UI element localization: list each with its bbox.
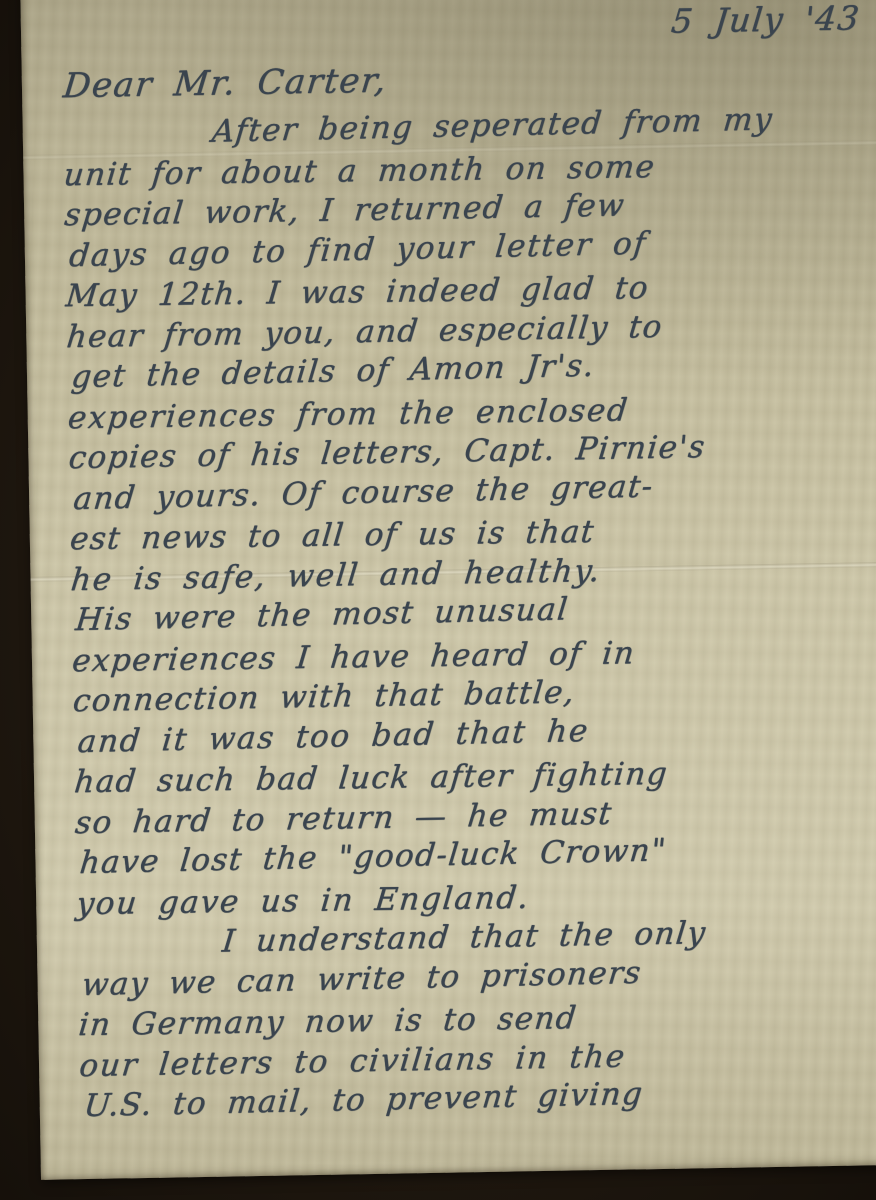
letter-page: 5 July '43 Dear Mr. Carter, After being … [20,0,876,1180]
scan-background: 5 July '43 Dear Mr. Carter, After being … [0,0,876,1200]
letter-date: 5 July '43 [59,0,876,58]
letter-body: 5 July '43 Dear Mr. Carter, After being … [59,0,876,1127]
